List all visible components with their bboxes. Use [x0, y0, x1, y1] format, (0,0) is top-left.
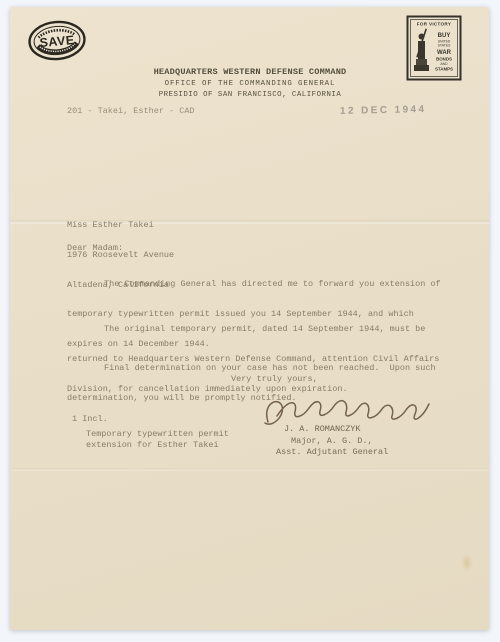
minuteman-statue-illustration — [414, 28, 429, 71]
signer-rank: Major, A. G. D., — [291, 436, 373, 446]
signer-typed-name: J. A. ROMANCZYK — [284, 424, 361, 434]
letterhead-location: PRESIDIO OF SAN FRANCISCO, CALIFORNIA — [0, 90, 500, 100]
paper-stain — [461, 554, 473, 572]
paragraph-line: The original temporary permit, dated 14 … — [67, 324, 463, 334]
war-bonds-line-states: STATES — [438, 44, 451, 48]
recipient-name: Miss Esther Takei — [67, 220, 174, 230]
received-date-stamp: 12 DEC 1944 — [340, 104, 427, 117]
complimentary-closing: Very truly yours, — [231, 374, 318, 384]
signer-role: Asst. Adjutant General — [276, 447, 388, 457]
enclosure-description-line1: Temporary typewritten permit — [86, 429, 229, 439]
war-bonds-line-war: WAR — [437, 50, 452, 56]
enclosure-description-line2: extension for Esther Takei — [86, 440, 219, 450]
salutation: Dear Madam: — [67, 243, 123, 253]
war-bonds-line-and: AND — [440, 62, 448, 66]
letterhead-office: OFFICE OF THE COMMANDING GENERAL — [0, 79, 500, 89]
war-bonds-text-column: BUY UNITED STATES WAR BONDS AND STAMPS — [435, 33, 453, 72]
paragraph-line: The Commanding General has directed me t… — [67, 279, 463, 289]
war-bonds-line-buy: BUY — [438, 33, 451, 39]
paragraph-line: Final determination on your case has not… — [67, 363, 463, 373]
save-stamp: SAVE — [25, 17, 88, 63]
letterhead-command-name: HEADQUARTERS WESTERN DEFENSE COMMAND — [0, 67, 500, 77]
file-reference-line: 201 - Takei, Esther - CAD — [67, 106, 195, 116]
enclosure-count: 1 Incl. — [72, 414, 108, 424]
war-bonds-line-bonds: BONDS — [436, 57, 452, 62]
war-bonds-top-text: FOR VICTORY — [417, 22, 451, 27]
scanned-letter-page: SAVE FOR VICTORY BUY UNITED STATES WAR B… — [0, 0, 500, 642]
signature-scrawl-path — [265, 401, 429, 425]
